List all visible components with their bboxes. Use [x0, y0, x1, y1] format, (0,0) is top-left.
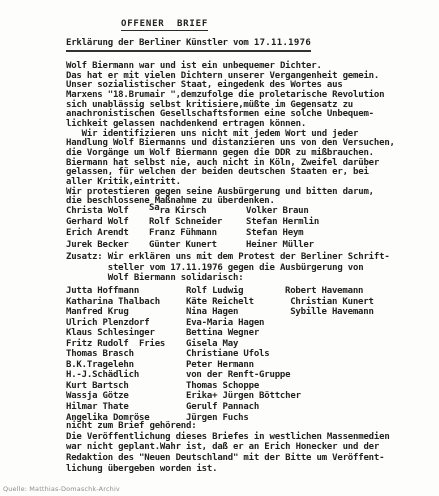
source-caption: Quelle: Matthias-Domaschk-Archiv: [3, 485, 120, 493]
subtitle-date: 17.11.1976: [254, 38, 311, 48]
signature-row: Kurt BartschThomas Schoppe: [66, 381, 374, 392]
signatory-name: Rolf Schneider: [149, 217, 246, 228]
signature-row: Klaus SchlesingerBettina Wegner: [66, 328, 374, 339]
signatory-name: Jutta Hoffmann: [66, 286, 186, 297]
signatory-name: Sara Kirsch: [149, 206, 246, 217]
signatory-name: Volker Braun: [246, 206, 309, 217]
signature-row: Jutta HoffmannRolf LudwigRobert Havemann: [66, 286, 374, 297]
signature-row: Jurek BeckerGünter KunertHeiner Müller: [66, 240, 319, 251]
signatory-name: Kurt Bartsch: [66, 381, 186, 392]
signatory-name: Christa Wolf: [66, 206, 149, 217]
signatory-name: Christian Kunert: [285, 297, 374, 308]
signatory-name: Heiner Müller: [246, 240, 314, 251]
signature-row: Fritz Rudolf FriesGisela May: [66, 339, 374, 350]
signatory-name: Peter Hermann: [186, 360, 285, 371]
letter-title: OFFENER BRIEF: [121, 19, 208, 31]
signature-row: Wassja GötzeErika+ Jürgen Böttcher: [66, 391, 374, 402]
signature-row: Christa WolfSara KirschVolker Braun: [66, 206, 319, 217]
signatory-name: B.K.Tragelehn: [66, 360, 186, 371]
signature-row: Gerhard WolfRolf SchneiderStefan Hermlin: [66, 217, 319, 228]
zusatz-paragraph: Zusatz: Wir erklären uns mit dem Protest…: [66, 252, 390, 284]
signatory-name: Nina Hagen: [186, 307, 285, 318]
signatory-name: Gisela May: [186, 339, 285, 350]
signatory-name: Hilmar Thate: [66, 402, 186, 413]
signatory-name: Günter Kunert: [149, 240, 246, 251]
letter-subtitle: Erklärung der Berliner Künstler vom 17.1…: [66, 38, 311, 52]
signatory-name: von der Renft-Gruppe: [186, 370, 285, 381]
signatory-name: Franz Fühmann: [149, 228, 246, 239]
signature-row: Hilmar ThateGerulf Pannach: [66, 402, 374, 413]
signature-row: Erich ArendtFranz FühmannStefan Heym: [66, 228, 319, 239]
signatory-name: Ulrich Plenzdorf: [66, 318, 186, 329]
signature-list-primary: Christa WolfSara KirschVolker Braun Gerh…: [66, 206, 319, 251]
signatory-name: Christiane Ufols: [186, 349, 285, 360]
signatory-name: Fritz Rudolf Fries: [66, 339, 186, 350]
signature-row: Thomas BraschChristiane Ufols: [66, 349, 374, 360]
signatory-name: Erich Arendt: [66, 228, 149, 239]
letter-sheet: OFFENER BRIEF Erklärung der Berliner Kün…: [0, 0, 439, 496]
signatory-name: Sybille Havemann: [285, 307, 374, 318]
subtitle-text: Erklärung der Berliner Künstler vom: [66, 38, 254, 48]
signatory-name: Wassja Götze: [66, 391, 186, 402]
signature-row: Ulrich PlenzdorfEva-Maria Hagen: [66, 318, 374, 329]
signatory-name: Stefan Heym: [246, 228, 303, 239]
signatory-name: Rolf Ludwig: [186, 286, 285, 297]
signatory-name: Klaus Schlesinger: [66, 328, 186, 339]
signatory-name: Jurek Becker: [66, 240, 149, 251]
signatory-name: Gerulf Pannach: [186, 402, 285, 413]
signature-row: Katharina ThalbachKäte Reichelt Christia…: [66, 297, 374, 308]
signatory-name: Robert Havemann: [285, 286, 363, 297]
signature-row: Manfred KrugNina Hagen Sybille Havemann: [66, 307, 374, 318]
signatory-name: Eva-Maria Hagen: [186, 318, 285, 329]
signatory-name: Bettina Wegner: [186, 328, 285, 339]
signatory-name: Manfred Krug: [66, 307, 186, 318]
signatory-name-raised-part: Sa: [149, 203, 159, 213]
signatory-name: H.-J.Schädlich: [66, 370, 186, 381]
signatory-name: Gerhard Wolf: [66, 217, 149, 228]
signature-row: B.K.TragelehnPeter Hermann: [66, 360, 374, 371]
signatory-name: Thomas Brasch: [66, 349, 186, 360]
signatory-name: Käte Reichelt: [186, 297, 285, 308]
signatory-name: Erika+ Jürgen Böttcher: [186, 391, 285, 402]
signatory-name: Thomas Schoppe: [186, 381, 285, 392]
signatory-name: Katharina Thalbach: [66, 297, 186, 308]
signature-row: H.-J.Schädlichvon der Renft-Gruppe: [66, 370, 374, 381]
signature-list-solidarity: Jutta HoffmannRolf LudwigRobert Havemann…: [66, 286, 374, 423]
letter-body: Wolf Biermann war und ist ein unbequemer…: [66, 62, 395, 207]
closing-note: nicht zum Brief gehörend: Die Veröffentl…: [66, 421, 390, 475]
signatory-name: Stefan Hermlin: [246, 217, 319, 228]
signatory-name-rest-part: ra Kirsch: [159, 206, 206, 216]
